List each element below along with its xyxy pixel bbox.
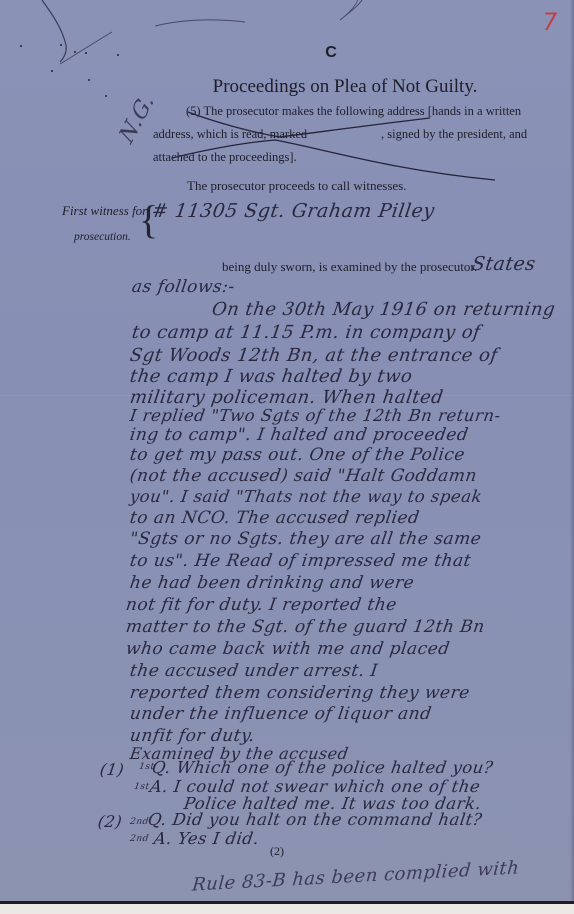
question-number: (1) (99, 760, 126, 779)
strikethrough-marks (0, 0, 574, 200)
statement-line: who came back with me and placed (125, 639, 451, 659)
statement-line: to get my pass out. One of the Police (129, 445, 467, 465)
qa-line: Q. Did you halt on the command halt? (147, 810, 484, 829)
statement-line: Sgt Woods 12th Bn, at the entrance of (129, 345, 500, 366)
statement-line: I replied "Two Sgts of the 12th Bn retur… (129, 406, 502, 425)
statement-line: On the 30th May 1916 on returning (211, 299, 557, 320)
qa-line: A. Yes I did. (153, 829, 261, 848)
statement-line: matter to the Sgt. of the guard 12th Bn (125, 617, 487, 637)
statement-line: ing to camp". I halted and proceeded (129, 425, 470, 445)
document-page: 7 C Proceedings on Plea of Not Guilty. N… (0, 0, 574, 904)
call-witnesses-line: The prosecutor proceeds to call witnesse… (187, 178, 406, 194)
statement-line: the accused under arrest. I (129, 661, 380, 681)
statement-line: to camp at 11.15 P.m. in company of (131, 322, 482, 343)
statement-line: to an NCO. The accused replied (129, 508, 421, 528)
statement-line: (not the accused) said "Halt Goddamn (129, 466, 479, 486)
question-number: (2) (97, 812, 124, 831)
statement-line: "Sgts or no Sgts. they are all the same (129, 529, 483, 549)
qa-prefix: 1st (133, 782, 150, 792)
statement-line: not fit for duty. I reported the (125, 595, 399, 615)
statement-line: unfit for duty. (129, 726, 257, 746)
witness-label-line-2: prosecution. (74, 231, 131, 243)
footer-note: Rule 83-B has been complied with (191, 857, 520, 895)
statement-line: he had been drinking and were (129, 573, 416, 593)
sworn-line: being duly sworn, is examined by the pro… (222, 259, 477, 275)
statement-line: military policeman. When halted (129, 387, 445, 408)
sworn-handwritten: States (470, 253, 537, 275)
witness-name: # 11305 Sgt. Graham Pilley (150, 200, 436, 222)
footer-page-marker: (2) (270, 844, 284, 859)
qa-line: Q. Which one of the police halted you? (151, 758, 495, 777)
statement-line: as follows:- (131, 277, 236, 297)
statement-line: reported them considering they were (129, 683, 472, 703)
qa-prefix: 2nd (129, 834, 149, 844)
witness-label-line-1: First witness for (62, 203, 147, 219)
statement-line: the camp I was halted by two (129, 366, 414, 387)
statement-line: you". I said "Thats not the way to speak (129, 487, 484, 506)
statement-line: to us". He Read of impressed me that (129, 551, 473, 571)
statement-line: under the influence of liquor and (129, 704, 433, 724)
